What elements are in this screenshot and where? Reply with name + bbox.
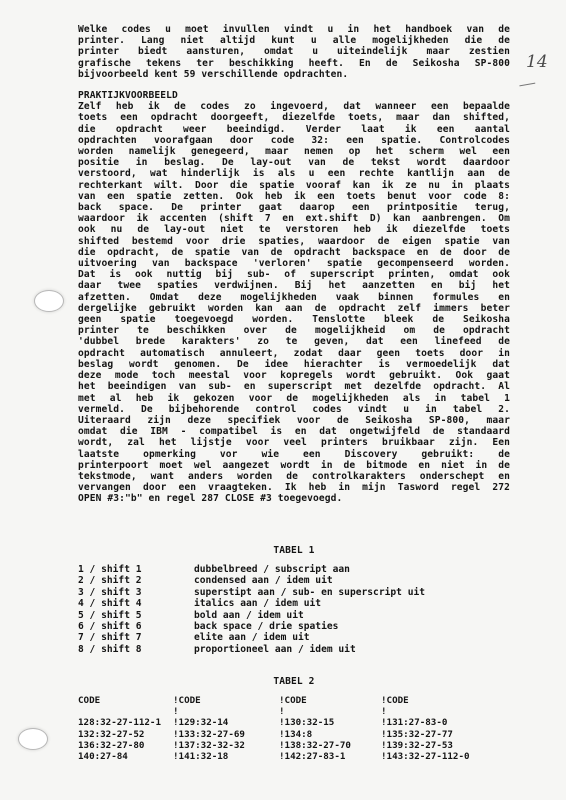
table1-row: 3 / shift 3superstipt aan / sub- en supe…: [78, 587, 425, 598]
text-line: van een spatie zetten. Ook heb ik een to…: [78, 191, 510, 202]
table2: CODE!CODE!CODE!CODE!!!128:32-27-112-1!12…: [78, 695, 491, 762]
table1-row: 6 / shift 6back space / drie spaties: [78, 621, 425, 632]
table1-value: italics aan / idem uit: [194, 598, 321, 609]
intro-paragraph: Welke codes u moet invullen vindt u in h…: [78, 24, 510, 80]
text-line: beslag wordt genomen. De idee hierachter…: [78, 359, 510, 370]
text-line: met al heb ik gekozen voor de mogelijkhe…: [78, 393, 510, 404]
table2-header-row: CODE!CODE!CODE!CODE: [78, 695, 491, 706]
table2-cell: !CODE: [279, 695, 381, 706]
table1-value: condensed aan / idem uit: [194, 575, 333, 586]
table2-cell: 128:32-27-112-1: [78, 717, 173, 728]
text-line: waardoor ik accenten (shift 7 en ext.shi…: [78, 213, 510, 224]
text-line: rechterkant wilt. Door die spatie vooraf…: [78, 180, 510, 191]
table2-row: 128:32-27-112-1!129:32-14!130:32-15!131:…: [78, 717, 491, 728]
table2-cell: CODE: [78, 695, 173, 706]
table2-title: TABEL 2: [78, 676, 510, 687]
text-line: die opdracht weer beeindigd. Verder laat…: [78, 124, 510, 135]
table1-key: 4 / shift 4: [78, 598, 194, 609]
text-line: deze mode toch meestal voor kopregels wo…: [78, 370, 510, 381]
table2-cell: !: [279, 706, 381, 717]
table2-cell: !134:8: [279, 729, 381, 740]
table1-key: 7 / shift 7: [78, 632, 194, 643]
text-line: daar twee spaties verdwijnen. Bij het aa…: [78, 280, 510, 291]
table1-title: TABEL 1: [78, 545, 510, 556]
text-line: toets een opdracht doorgeeft, diezelfde …: [78, 112, 510, 123]
text-line: positie in beslag. De lay-out van de tek…: [78, 157, 510, 168]
text-line: printer te beschikken over de mogelijkhe…: [78, 325, 510, 336]
text-line: printer biedt aansturen, omdat u uiteind…: [78, 46, 510, 57]
table2-row: 136:32-27-80!137:32-32-32!138:32-27-70!1…: [78, 740, 491, 751]
text-line: Dat is ook nuttig bij sub- of superscrip…: [78, 269, 510, 280]
text-line: omdat die IBM - compatibel is en dat ong…: [78, 426, 510, 437]
table2-cell: [78, 706, 173, 717]
table2-cell: !CODE: [381, 695, 491, 706]
text-line: geen spatie toegevoegd worden. Tenslotte…: [78, 314, 510, 325]
table1-key: 5 / shift 5: [78, 610, 194, 621]
table1-value: back space / drie spaties: [194, 621, 338, 632]
table1-key: 8 / shift 8: [78, 644, 194, 655]
table1-value: superstipt aan / sub- en superscript uit: [194, 587, 425, 598]
text-line: afzetten. Omdat deze mogelijkheden vaak …: [78, 292, 510, 303]
text-line: grafische tekens ter beschikking heeft. …: [78, 58, 510, 69]
table1-row: 2 / shift 2condensed aan / idem uit: [78, 575, 425, 586]
table2-cell: !: [381, 706, 491, 717]
table1-row: 4 / shift 4italics aan / idem uit: [78, 598, 425, 609]
table1: 1 / shift 1dubbelbreed / subscript aan2 …: [78, 564, 425, 655]
text-line: OPEN #3:"b" en regel 287 CLOSE #3 toegev…: [78, 493, 510, 504]
table1-value: elite aan / idem uit: [194, 632, 310, 643]
table2-cell: !141:32-18: [173, 751, 279, 762]
punch-hole: [34, 290, 64, 312]
text-line: opdrachten voorafgaan door code 32: een …: [78, 135, 510, 146]
table1-key: 6 / shift 6: [78, 621, 194, 632]
text-line: Zelf heb ik de codes zo ingevoerd, dat w…: [78, 101, 510, 112]
text-line: printer. Lang niet altijd kunt u alle mo…: [78, 35, 510, 46]
table2-cell: !131:27-83-0: [381, 717, 491, 728]
text-line: ook nu de lay-out niet te verstoren heb …: [78, 224, 510, 235]
text-line: 'dubbel brede karakters' zo te geven, da…: [78, 336, 510, 347]
text-line: printerpoort moet wel aangezet wordt in …: [78, 460, 510, 471]
table2-row: 140:27-84!141:32-18!142:27-83-1!143:32-2…: [78, 751, 491, 762]
text-line: laatste opmerking vor wie een Discovery …: [78, 449, 510, 460]
table2-separator-row: !!!: [78, 706, 491, 717]
table2-cell: !: [173, 706, 279, 717]
table2-cell: !142:27-83-1: [279, 751, 381, 762]
table1-row: 7 / shift 7elite aan / idem uit: [78, 632, 425, 643]
text-line: die opdracht, de spatie van de opdracht …: [78, 247, 510, 258]
table1-row: 8 / shift 8proportioneel aan / idem uit: [78, 644, 425, 655]
text-line: het beeindigen van sub- en superscript m…: [78, 381, 510, 392]
text-line: vermeld. De bijbehorende control codes v…: [78, 404, 510, 415]
table2-cell: !137:32-32-32: [173, 740, 279, 751]
table2-cell: !129:32-14: [173, 717, 279, 728]
table1-row: 5 / shift 5bold aan / idem uit: [78, 610, 425, 621]
table1-value: bold aan / idem uit: [194, 610, 304, 621]
text-line: wordt, zal het lijstje voor veel printer…: [78, 437, 510, 448]
text-line: bijvoorbeeld kent 59 verschillende opdra…: [78, 69, 510, 80]
text-line: tekstmode, want anders worden de control…: [78, 471, 510, 482]
table2-row: 132:32-27-52!133:32-27-69!134:8!135:32-2…: [78, 729, 491, 740]
table1-key: 2 / shift 2: [78, 575, 194, 586]
table1-key: 3 / shift 3: [78, 587, 194, 598]
table2-cell: !138:32-27-70: [279, 740, 381, 751]
text-line: verstoord, wat hinderlijk is als u een r…: [78, 168, 510, 179]
table2-cell: 136:32-27-80: [78, 740, 173, 751]
text-line: uitvoering van backspace 'verloren' spat…: [78, 258, 510, 269]
table2-cell: !139:32-27-53: [381, 740, 491, 751]
text-line: Welke codes u moet invullen vindt u in h…: [78, 24, 510, 35]
table2-cell: 132:32-27-52: [78, 729, 173, 740]
text-line: opdracht automatisch annuleert, zodat da…: [78, 348, 510, 359]
table1-value: proportioneel aan / idem uit: [194, 644, 356, 655]
text-line: dergelijke gebruikt worden kan aan de op…: [78, 303, 510, 314]
table2-cell: !135:32-27-77: [381, 729, 491, 740]
table1-key: 1 / shift 1: [78, 564, 194, 575]
table1-value: dubbelbreed / subscript aan: [194, 564, 350, 575]
text-line: Uiteraard zijn deze specifiek voor de Se…: [78, 415, 510, 426]
table2-cell: !143:32-27-112-0: [381, 751, 491, 762]
table2-cell: !133:32-27-69: [173, 729, 279, 740]
table1-row: 1 / shift 1dubbelbreed / subscript aan: [78, 564, 425, 575]
table2-cell: !CODE: [173, 695, 279, 706]
scanned-page: 14 Welke codes u moet invullen vindt u i…: [0, 0, 566, 800]
text-line: vervangen door een vraagteken. Ik heb in…: [78, 482, 510, 493]
table2-cell: !130:32-15: [279, 717, 381, 728]
text-line: shifted bestemd voor drie spaties, waard…: [78, 236, 510, 247]
body-paragraph: Zelf heb ik de codes zo ingevoerd, dat w…: [78, 101, 510, 504]
document-body: Welke codes u moet invullen vindt u in h…: [78, 24, 510, 505]
text-line: back space. De printer gaat daarop een p…: [78, 202, 510, 213]
text-line: worden namelijk genegeerd, maar nemen op…: [78, 146, 510, 157]
margin-scribble: [519, 79, 536, 87]
table2-cell: 140:27-84: [78, 751, 173, 762]
punch-hole: [18, 728, 48, 750]
section-heading: PRAKTIJKVOORBEELD: [78, 90, 510, 101]
margin-page-note: 14: [526, 52, 548, 72]
